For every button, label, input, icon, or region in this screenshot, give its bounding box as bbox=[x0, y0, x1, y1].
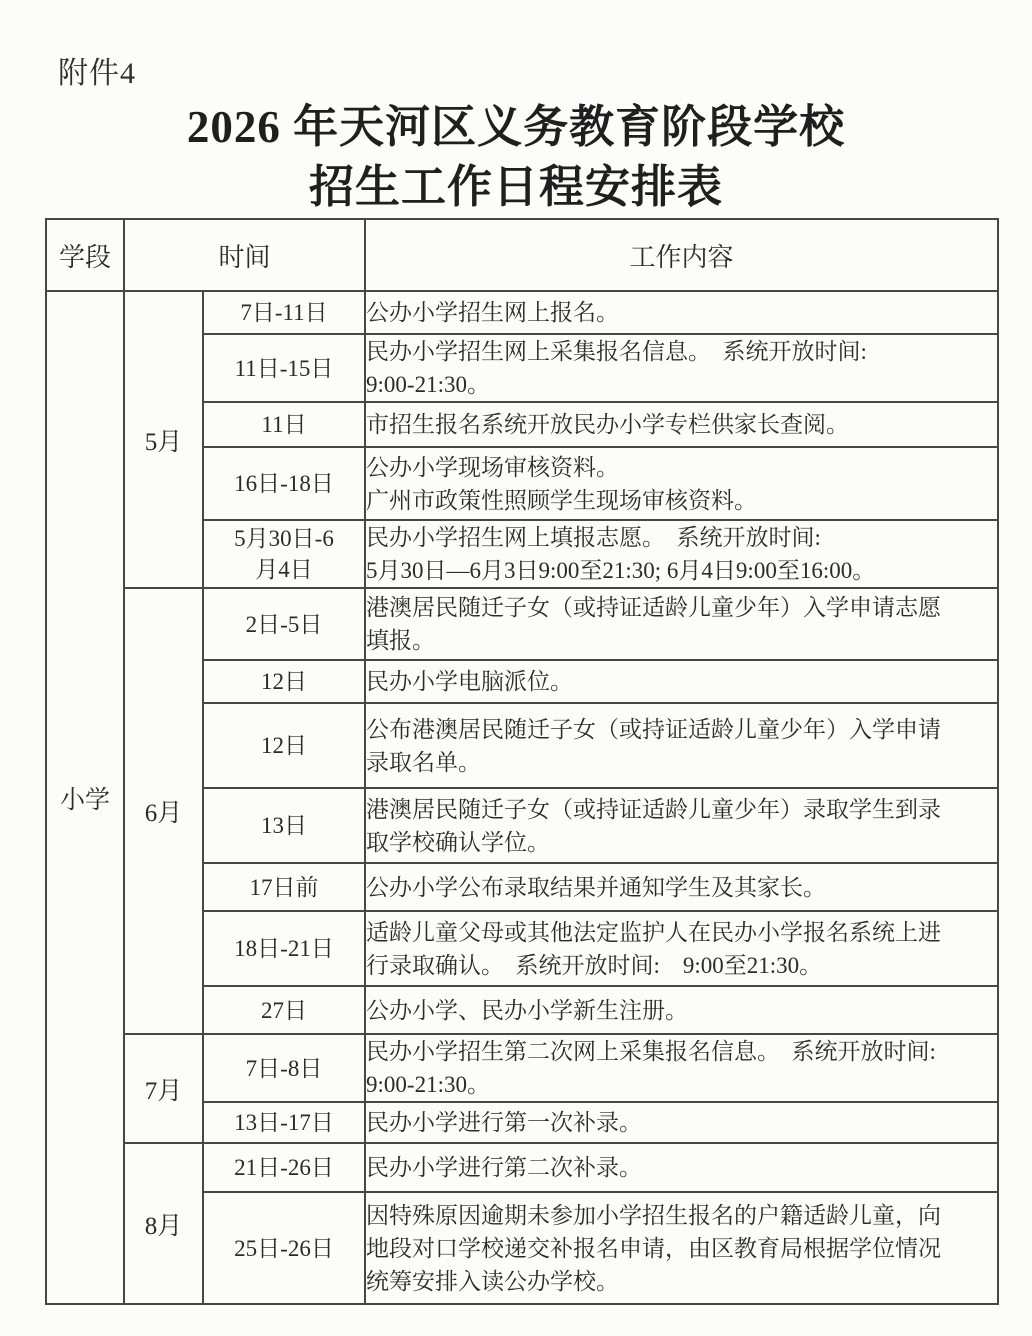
document-title: 2026 年天河区义务教育阶段学校 招生工作日程安排表 bbox=[0, 97, 1032, 217]
time-cell: 27日 bbox=[203, 986, 365, 1034]
time-cell: 13日-17日 bbox=[203, 1102, 365, 1143]
content-cell: 公办小学招生网上报名。 bbox=[365, 291, 998, 334]
content-cell: 港澳居民随迁子女（或持证适龄儿童少年）录取学生到录 取学校确认学位。 bbox=[365, 788, 998, 863]
content-cell: 民办小学进行第二次补录。 bbox=[365, 1143, 998, 1192]
schedule-table: 学段 时间 工作内容 小学 5月 7日-11日 公办小学招生网上报名。 11日-… bbox=[45, 218, 999, 1305]
time-cell: 5月30日-6 月4日 bbox=[203, 520, 365, 588]
time-cell: 17日前 bbox=[203, 863, 365, 911]
time-cell: 12日 bbox=[203, 703, 365, 788]
content-cell: 公办小学公布录取结果并通知学生及其家长。 bbox=[365, 863, 998, 911]
table-row: 7月 7日-8日 民办小学招生第二次网上采集报名信息。 系统开放时间: 9:00… bbox=[46, 1034, 998, 1102]
content-cell: 港澳居民随迁子女（或持证适龄儿童少年）入学申请志愿 填报。 bbox=[365, 588, 998, 660]
time-cell: 11日 bbox=[203, 402, 365, 447]
time-cell: 18日-21日 bbox=[203, 911, 365, 986]
time-cell: 11日-15日 bbox=[203, 334, 365, 402]
month-cell-july: 7月 bbox=[124, 1034, 203, 1143]
time-cell: 7日-8日 bbox=[203, 1034, 365, 1102]
table-header-row: 学段 时间 工作内容 bbox=[46, 219, 998, 291]
month-cell-august: 8月 bbox=[124, 1143, 203, 1304]
table-row: 6月 2日-5日 港澳居民随迁子女（或持证适龄儿童少年）入学申请志愿 填报。 bbox=[46, 588, 998, 660]
content-cell: 适龄儿童父母或其他法定监护人在民办小学报名系统上进 行录取确认。 系统开放时间:… bbox=[365, 911, 998, 986]
content-cell: 民办小学进行第一次补录。 bbox=[365, 1102, 998, 1143]
table-row: 小学 5月 7日-11日 公办小学招生网上报名。 bbox=[46, 291, 998, 334]
time-cell: 12日 bbox=[203, 660, 365, 703]
header-content: 工作内容 bbox=[365, 219, 998, 291]
document-title-line1: 2026 年天河区义务教育阶段学校 bbox=[0, 97, 1032, 157]
content-cell: 公办小学、民办小学新生注册。 bbox=[365, 986, 998, 1034]
content-cell: 因特殊原因逾期未参加小学招生报名的户籍适龄儿童，向 地段对口学校递交补报名申请，… bbox=[365, 1192, 998, 1304]
content-cell: 公布港澳居民随迁子女（或持证适龄儿童少年）入学申请 录取名单。 bbox=[365, 703, 998, 788]
content-cell: 民办小学招生网上填报志愿。 系统开放时间: 5月30日—6月3日9:00至21:… bbox=[365, 520, 998, 588]
header-time: 时间 bbox=[124, 219, 365, 291]
content-cell: 公办小学现场审核资料。 广州市政策性照顾学生现场审核资料。 bbox=[365, 447, 998, 520]
content-cell: 民办小学电脑派位。 bbox=[365, 660, 998, 703]
time-cell: 16日-18日 bbox=[203, 447, 365, 520]
time-cell: 25日-26日 bbox=[203, 1192, 365, 1304]
document-page: 附件4 2026 年天河区义务教育阶段学校 招生工作日程安排表 学段 时间 工作… bbox=[0, 0, 1032, 1336]
time-cell: 7日-11日 bbox=[203, 291, 365, 334]
month-cell-june: 6月 bbox=[124, 588, 203, 1034]
content-cell: 民办小学招生网上采集报名信息。 系统开放时间: 9:00-21:30。 bbox=[365, 334, 998, 402]
time-cell: 13日 bbox=[203, 788, 365, 863]
table-row: 8月 21日-26日 民办小学进行第二次补录。 bbox=[46, 1143, 998, 1192]
month-cell-may: 5月 bbox=[124, 291, 203, 588]
header-stage: 学段 bbox=[46, 219, 124, 291]
content-cell: 市招生报名系统开放民办小学专栏供家长查阅。 bbox=[365, 402, 998, 447]
attachment-label: 附件4 bbox=[58, 48, 136, 92]
content-cell: 民办小学招生第二次网上采集报名信息。 系统开放时间: 9:00-21:30。 bbox=[365, 1034, 998, 1102]
time-cell: 21日-26日 bbox=[203, 1143, 365, 1192]
stage-cell-primary: 小学 bbox=[46, 291, 124, 1304]
document-title-line2: 招生工作日程安排表 bbox=[0, 157, 1032, 217]
time-cell: 2日-5日 bbox=[203, 588, 365, 660]
